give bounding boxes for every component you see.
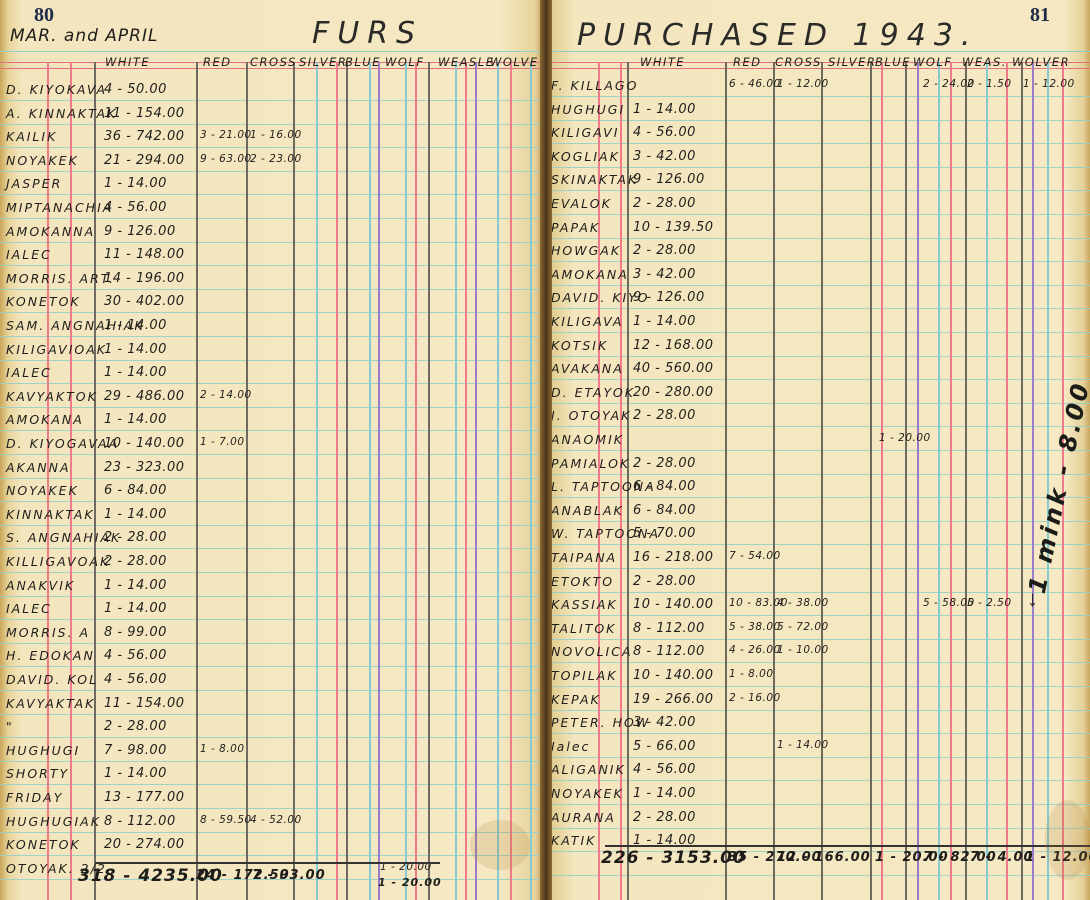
white-fox-entry: 9 - 126.00 bbox=[633, 172, 705, 187]
table-row: JASPER1 - 14.00 bbox=[0, 176, 545, 200]
trapper-name: DAVID. KOL bbox=[6, 672, 98, 687]
red-fox-entry: 3 - 21.00 bbox=[200, 129, 252, 141]
table-row: ETOKTO2 - 28.00 bbox=[545, 574, 1090, 598]
table-row: EVALOK2 - 28.00 bbox=[545, 196, 1090, 220]
table-row: S. ANGNAHIAK2 - 28.00 bbox=[0, 530, 545, 554]
table-row: Ialec5 - 66.001 - 14.00 bbox=[545, 739, 1090, 763]
red-fox-entry: 7 - 54.00 bbox=[729, 550, 781, 562]
table-row: AMOKANA1 - 14.00 bbox=[0, 412, 545, 436]
page-title-left: FURS bbox=[312, 16, 423, 51]
table-row: SHORTY1 - 14.00 bbox=[0, 766, 545, 790]
trapper-name: MORRIS. A bbox=[6, 625, 90, 640]
white-fox-entry: 10 - 140.00 bbox=[633, 597, 714, 612]
white-fox-entry: 2 - 28.00 bbox=[104, 719, 167, 734]
white-fox-entry: 29 - 486.00 bbox=[104, 389, 185, 404]
cross-fox-entry: 4 - 52.00 bbox=[250, 814, 302, 826]
white-fox-entry: 1 - 14.00 bbox=[104, 507, 167, 522]
white-fox-entry: 1 - 14.00 bbox=[104, 342, 167, 357]
white-fox-entry: 4 - 50.00 bbox=[104, 82, 167, 97]
trapper-name: SKINAKTAK bbox=[551, 172, 638, 187]
white-fox-entry: 3 - 42.00 bbox=[633, 715, 696, 730]
cross-fox-entry: 1 - 14.00 bbox=[777, 739, 829, 751]
col-header-weasle: WEASLE bbox=[438, 55, 494, 69]
trapper-name: KILLIGAVOAK bbox=[6, 554, 110, 569]
trapper-name: NOYAKEK bbox=[551, 786, 624, 801]
trapper-name: AVAKANA bbox=[551, 361, 624, 376]
white-fox-entry: 36 - 742.00 bbox=[104, 129, 185, 144]
trapper-name: KONETOK bbox=[6, 294, 81, 309]
trapper-name: IALEC bbox=[6, 365, 52, 380]
table-row: KILLIGAVOAK2 - 28.00 bbox=[0, 554, 545, 578]
red-fox-entry: 5 - 38.00 bbox=[729, 621, 781, 633]
table-row: AMOKANA3 - 42.00 bbox=[545, 267, 1090, 291]
trapper-name: KOTSIK bbox=[551, 338, 608, 353]
table-row: MIPTANACHIA4 - 56.00 bbox=[0, 200, 545, 224]
table-row: ALIGANIK4 - 56.00 bbox=[545, 762, 1090, 786]
trapper-name: KAVYAKTAK bbox=[6, 696, 95, 711]
table-row: ANABLAK6 - 84.00 bbox=[545, 503, 1090, 527]
white-fox-entry: 2 - 28.00 bbox=[104, 530, 167, 545]
table-row: L. TAPTOONA6 - 84.00 bbox=[545, 479, 1090, 503]
cross-fox-entry: 1 - 12.00 bbox=[777, 78, 829, 90]
white-fox-entry: 14 - 196.00 bbox=[104, 271, 185, 286]
white-fox-entry: 6 - 84.00 bbox=[104, 483, 167, 498]
trapper-name: KILIGAVIOAK bbox=[6, 342, 107, 357]
ledger-page-right: 81 PURCHASED 1943. WHITE RED CROSS SILVE… bbox=[545, 0, 1090, 900]
trapper-name: MORRIS. ART. bbox=[6, 271, 115, 286]
col-header-wolf: WOLF bbox=[385, 55, 424, 69]
trapper-name: SHORTY bbox=[6, 766, 69, 781]
white-fox-entry: 11 - 148.00 bbox=[104, 247, 185, 262]
white-fox-entry: 20 - 274.00 bbox=[104, 837, 185, 852]
table-row: "2 - 28.00 bbox=[0, 719, 545, 743]
table-row: MORRIS. A8 - 99.00 bbox=[0, 625, 545, 649]
col-header-silver-r: SILVER bbox=[828, 55, 876, 69]
white-fox-entry: 4 - 56.00 bbox=[633, 125, 696, 140]
total-cross-right: 12 - 166.00 bbox=[777, 850, 871, 865]
white-fox-entry: 9 - 126.00 bbox=[104, 224, 176, 239]
white-fox-entry: 12 - 168.00 bbox=[633, 338, 714, 353]
table-row: KINNAKTAK1 - 14.00 bbox=[0, 507, 545, 531]
wolf-entry: 5 - 2.50 bbox=[967, 597, 1012, 609]
red-fox-entry: 9 - 63.00 bbox=[200, 153, 252, 165]
table-row: HUGHUGI1 - 14.00 bbox=[545, 102, 1090, 126]
table-row: KASSIAK10 - 140.0010 - 83.004 - 38.005 -… bbox=[545, 597, 1090, 621]
trapper-name: J. OTOYAK bbox=[551, 408, 631, 423]
trapper-name: HUGHUGIAK bbox=[6, 814, 101, 829]
trapper-name: NOVOLICA bbox=[551, 644, 633, 659]
trapper-name: NOYAKEK bbox=[6, 153, 79, 168]
trapper-name: D. ETAYOK bbox=[551, 385, 635, 400]
table-row: AVAKANA40 - 560.00 bbox=[545, 361, 1090, 385]
trapper-name: AMOKANNA bbox=[6, 224, 95, 239]
table-row: ANAOMIK1 - 20.00 bbox=[545, 432, 1090, 456]
col-header-silver: SILVER bbox=[299, 55, 347, 69]
cross-fox-entry: 2 - 23.00 bbox=[250, 153, 302, 165]
table-row: HUGHUGI7 - 98.001 - 8.00 bbox=[0, 743, 545, 767]
cross-fox-entry: 1 - 10.00 bbox=[777, 644, 829, 656]
col-header-blue-r: BLUE bbox=[875, 55, 911, 69]
cross-fox-entry: 4 - 38.00 bbox=[777, 597, 829, 609]
trapper-name: KASSIAK bbox=[551, 597, 618, 612]
red-fox-entry: 1 - 8.00 bbox=[729, 668, 774, 680]
white-fox-entry: 1 - 14.00 bbox=[104, 318, 167, 333]
trapper-name: KILIGAVI bbox=[551, 125, 619, 140]
cross-fox-entry: 1 - 16.00 bbox=[250, 129, 302, 141]
table-row: MORRIS. ART.14 - 196.00 bbox=[0, 271, 545, 295]
white-fox-entry: 1 - 14.00 bbox=[633, 102, 696, 117]
table-row: ANAKVIK1 - 14.00 bbox=[0, 578, 545, 602]
trapper-name: ALIGANIK bbox=[551, 762, 626, 777]
white-fox-entry: 30 - 402.00 bbox=[104, 294, 185, 309]
trapper-name: AMOKANA bbox=[551, 267, 629, 282]
trapper-name: AKANNA bbox=[6, 460, 71, 475]
table-row: F. KILLAGO6 - 46.001 - 12.002 - 24.002 -… bbox=[545, 78, 1090, 102]
trapper-name: TOPILAK bbox=[551, 668, 617, 683]
white-fox-entry: 8 - 112.00 bbox=[633, 621, 705, 636]
table-row: D. KIYOGAVAA10 - 140.001 - 7.00 bbox=[0, 436, 545, 460]
table-row: DAVID. KOL4 - 56.00 bbox=[0, 672, 545, 696]
white-fox-entry: 13 - 177.00 bbox=[104, 790, 185, 805]
trapper-name: TAIPANA bbox=[551, 550, 617, 565]
table-row: D. ETAYOK20 - 280.00 bbox=[545, 385, 1090, 409]
white-fox-entry: 1 - 14.00 bbox=[104, 766, 167, 781]
trapper-name: EVALOK bbox=[551, 196, 612, 211]
trapper-name: IALEC bbox=[6, 601, 52, 616]
red-fox-entry: 2 - 14.00 bbox=[200, 389, 252, 401]
trapper-name: IALEC bbox=[6, 247, 52, 262]
white-fox-entry: 5 - 66.00 bbox=[633, 739, 696, 754]
table-row: TAIPANA16 - 218.007 - 54.00 bbox=[545, 550, 1090, 574]
col-header-white: WHITE bbox=[105, 55, 150, 69]
trapper-name: H. EDOKAN bbox=[6, 648, 95, 663]
table-row: KAVYAKTOK29 - 486.002 - 14.00 bbox=[0, 389, 545, 413]
trapper-name: F. KILLAGO bbox=[551, 78, 638, 93]
trapper-name: KAILIK bbox=[6, 129, 57, 144]
white-fox-entry: 4 - 56.00 bbox=[104, 672, 167, 687]
white-fox-entry: 6 - 84.00 bbox=[633, 479, 696, 494]
table-row: KONETOK20 - 274.00 bbox=[0, 837, 545, 861]
trapper-name: KINNAKTAK bbox=[6, 507, 95, 522]
table-row: TOPILAK10 - 140.001 - 8.00 bbox=[545, 668, 1090, 692]
table-row: PAPAK10 - 139.50 bbox=[545, 220, 1090, 244]
month-label: MAR. and APRIL bbox=[10, 26, 158, 46]
table-row: AURANA2 - 28.00 bbox=[545, 810, 1090, 834]
trapper-name: ANAKVIK bbox=[6, 578, 75, 593]
white-fox-entry: 4 - 56.00 bbox=[104, 200, 167, 215]
trapper-name: HUGHUGI bbox=[551, 102, 625, 117]
trapper-name: KILIGAVA bbox=[551, 314, 623, 329]
table-row: KAILIK36 - 742.003 - 21.001 - 16.00 bbox=[0, 129, 545, 153]
table-row: A. KINNAKTAK11 - 154.00 bbox=[0, 106, 545, 130]
white-fox-entry: 1 - 14.00 bbox=[633, 314, 696, 329]
total-wolf-left: 1 - 20.00 bbox=[378, 876, 442, 889]
white-fox-entry: 1 - 14.00 bbox=[104, 601, 167, 616]
col-header-cross: CROSS bbox=[250, 55, 297, 69]
table-row: HUGHUGIAK8 - 112.008 - 59.504 - 52.00 bbox=[0, 814, 545, 838]
red-fox-entry: 8 - 59.50 bbox=[200, 814, 252, 826]
table-row: KEPAK19 - 266.002 - 16.00 bbox=[545, 692, 1090, 716]
ledger-book: 80 MAR. and APRIL FURS WHITE RED CROSS S… bbox=[0, 0, 1090, 900]
table-row: FRIDAY13 - 177.00 bbox=[0, 790, 545, 814]
table-row: IALEC1 - 14.00 bbox=[0, 601, 545, 625]
white-fox-entry: 1 - 14.00 bbox=[104, 176, 167, 191]
table-row: AMOKANNA9 - 126.00 bbox=[0, 224, 545, 248]
white-fox-entry: 8 - 112.00 bbox=[104, 814, 176, 829]
white-fox-entry: 2 - 28.00 bbox=[633, 574, 696, 589]
red-fox-entry: 6 - 46.00 bbox=[729, 78, 781, 90]
table-row: KAVYAKTAK11 - 154.00 bbox=[0, 696, 545, 720]
table-row: TALITOK8 - 112.005 - 38.005 - 72.00 bbox=[545, 621, 1090, 645]
trapper-name: MIPTANACHIA bbox=[6, 200, 113, 215]
trapper-name: FRIDAY bbox=[6, 790, 63, 805]
cross-fox-entry: 5 - 72.00 bbox=[777, 621, 829, 633]
trapper-name: KATIK bbox=[551, 833, 596, 848]
white-fox-entry: 10 - 140.00 bbox=[633, 668, 714, 683]
white-fox-entry: 11 - 154.00 bbox=[104, 696, 185, 711]
table-row: PETER. HOW3 - 42.00 bbox=[545, 715, 1090, 739]
table-row: IALEC1 - 14.00 bbox=[0, 365, 545, 389]
trapper-name: A. KINNAKTAK bbox=[6, 106, 117, 121]
col-header-red-r: RED bbox=[733, 55, 762, 69]
trapper-name: ETOKTO bbox=[551, 574, 614, 589]
trapper-name: Ialec bbox=[551, 739, 590, 754]
trapper-name: JASPER bbox=[6, 176, 62, 191]
table-row: AKANNA23 - 323.00 bbox=[0, 460, 545, 484]
white-fox-entry: 2 - 28.00 bbox=[633, 456, 696, 471]
trapper-name: ANABLAK bbox=[551, 503, 624, 518]
white-fox-entry: 1 - 14.00 bbox=[104, 365, 167, 380]
trapper-name: NOYAKEK bbox=[6, 483, 79, 498]
table-row: W. TAPTOONA5 - 70.00 bbox=[545, 526, 1090, 550]
trapper-name: AMOKANA bbox=[6, 412, 84, 427]
table-row: PAMIALOK2 - 28.00 bbox=[545, 456, 1090, 480]
white-fox-entry: 8 - 99.00 bbox=[104, 625, 167, 640]
table-row: HOWGAK2 - 28.00 bbox=[545, 243, 1090, 267]
white-fox-entry: 2 - 28.00 bbox=[633, 196, 696, 211]
white-fox-entry: 2 - 28.00 bbox=[633, 810, 696, 825]
white-fox-entry: 2 - 28.00 bbox=[104, 554, 167, 569]
col-header-white-r: WHITE bbox=[640, 55, 685, 69]
white-fox-entry: 3 - 42.00 bbox=[633, 267, 696, 282]
white-fox-entry: 1 - 14.00 bbox=[104, 412, 167, 427]
white-fox-entry: 10 - 140.00 bbox=[104, 436, 185, 451]
white-fox-entry: 5 - 70.00 bbox=[633, 526, 696, 541]
trapper-name: TALITOK bbox=[551, 621, 616, 636]
white-fox-entry: 20 - 280.00 bbox=[633, 385, 714, 400]
trapper-name: " bbox=[6, 719, 14, 734]
white-fox-entry: 4 - 56.00 bbox=[104, 648, 167, 663]
weasel-entry: 1 - 12.00 bbox=[1023, 78, 1075, 90]
trapper-name: KONETOK bbox=[6, 837, 81, 852]
col-header-wolverine-r: WOLVER bbox=[1012, 55, 1070, 69]
white-fox-entry: 10 - 139.50 bbox=[633, 220, 714, 235]
arrow-down-icon: ↓ bbox=[1027, 586, 1038, 612]
total-white-right: 226 - 3153.00 bbox=[601, 848, 746, 868]
page-number-right: 81 bbox=[1030, 4, 1050, 27]
trapper-name: KOGLIAK bbox=[551, 149, 620, 164]
table-row: D. KIYOKAVA4 - 50.00 bbox=[0, 82, 545, 106]
page-number-left: 80 bbox=[34, 4, 54, 27]
table-row: KONETOK30 - 402.00 bbox=[0, 294, 545, 318]
trapper-name: D. KIYOGAVAA bbox=[6, 436, 119, 451]
trapper-name: HUGHUGI bbox=[6, 743, 80, 758]
table-row: J. OTOYAK2 - 28.00 bbox=[545, 408, 1090, 432]
table-row: KOTSIK12 - 168.00 bbox=[545, 338, 1090, 362]
red-fox-entry: 4 - 26.00 bbox=[729, 644, 781, 656]
white-fox-entry: 9 - 126.00 bbox=[633, 290, 705, 305]
white-fox-entry: 7 - 98.00 bbox=[104, 743, 167, 758]
wolf-entry: 2 - 1.50 bbox=[967, 78, 1012, 90]
table-row: KILIGAVA1 - 14.00 bbox=[545, 314, 1090, 338]
silver-fox-entry: 1 - 20.00 bbox=[879, 432, 931, 444]
book-gutter bbox=[540, 0, 552, 900]
table-row: NOYAKEK21 - 294.009 - 63.002 - 23.00 bbox=[0, 153, 545, 177]
table-row: DAVID. KIYO9 - 126.00 bbox=[545, 290, 1090, 314]
red-fox-entry: 1 - 7.00 bbox=[200, 436, 245, 448]
white-fox-entry: 2 - 28.00 bbox=[633, 408, 696, 423]
table-row: KILIGAVIOAK1 - 14.00 bbox=[0, 342, 545, 366]
col-header-wolf-r: WOLF bbox=[913, 55, 952, 69]
white-fox-entry: 16 - 218.00 bbox=[633, 550, 714, 565]
col-header-wolverine: WOLVE bbox=[490, 55, 539, 69]
table-row: KILIGAVI4 - 56.00 bbox=[545, 125, 1090, 149]
red-fox-entry: 1 - 8.00 bbox=[200, 743, 245, 755]
white-fox-entry: 2 - 28.00 bbox=[633, 243, 696, 258]
table-row: KOGLIAK3 - 42.00 bbox=[545, 149, 1090, 173]
col-header-weas-r: WEAS. bbox=[962, 55, 1007, 69]
trapper-name: KEPAK bbox=[551, 692, 601, 707]
table-row: NOVOLICA8 - 112.004 - 26.001 - 10.00 bbox=[545, 644, 1090, 668]
total-cross-left: 7 - 93.00 bbox=[252, 868, 326, 883]
white-fox-entry: 6 - 84.00 bbox=[633, 503, 696, 518]
white-fox-entry: 8 - 112.00 bbox=[633, 644, 705, 659]
white-fox-entry: 23 - 323.00 bbox=[104, 460, 185, 475]
trapper-name: KAVYAKTOK bbox=[6, 389, 98, 404]
white-fox-entry: 11 - 154.00 bbox=[104, 106, 185, 121]
white-fox-entry: 40 - 560.00 bbox=[633, 361, 714, 376]
page-title-right: PURCHASED 1943. bbox=[577, 18, 978, 53]
trapper-name: ANAOMIK bbox=[551, 432, 624, 447]
table-row: SKINAKTAK9 - 126.00 bbox=[545, 172, 1090, 196]
col-header-blue: BLUE bbox=[345, 55, 381, 69]
white-fox-entry: 21 - 294.00 bbox=[104, 153, 185, 168]
white-fox-entry: 1 - 14.00 bbox=[633, 786, 696, 801]
table-row: H. EDOKAN4 - 56.00 bbox=[0, 648, 545, 672]
white-fox-entry: 19 - 266.00 bbox=[633, 692, 714, 707]
col-header-cross-r: CROSS bbox=[775, 55, 822, 69]
table-row: SAM. ANGNAHIAK1 - 14.00 bbox=[0, 318, 545, 342]
trapper-name: PAPAK bbox=[551, 220, 600, 235]
col-header-red: RED bbox=[203, 55, 232, 69]
white-fox-entry: 4 - 56.00 bbox=[633, 762, 696, 777]
white-fox-entry: 1 - 14.00 bbox=[104, 578, 167, 593]
red-fox-entry: 2 - 16.00 bbox=[729, 692, 781, 704]
table-row: NOYAKEK1 - 14.00 bbox=[545, 786, 1090, 810]
white-fox-entry: 3 - 42.00 bbox=[633, 149, 696, 164]
trapper-name: PAMIALOK bbox=[551, 456, 630, 471]
trapper-name: HOWGAK bbox=[551, 243, 621, 258]
trapper-name: D. KIYOKAVA bbox=[6, 82, 107, 97]
table-row: IALEC11 - 148.00 bbox=[0, 247, 545, 271]
ledger-page-left: 80 MAR. and APRIL FURS WHITE RED CROSS S… bbox=[0, 0, 545, 900]
table-row: NOYAKEK6 - 84.00 bbox=[0, 483, 545, 507]
trapper-name: AURANA bbox=[551, 810, 616, 825]
